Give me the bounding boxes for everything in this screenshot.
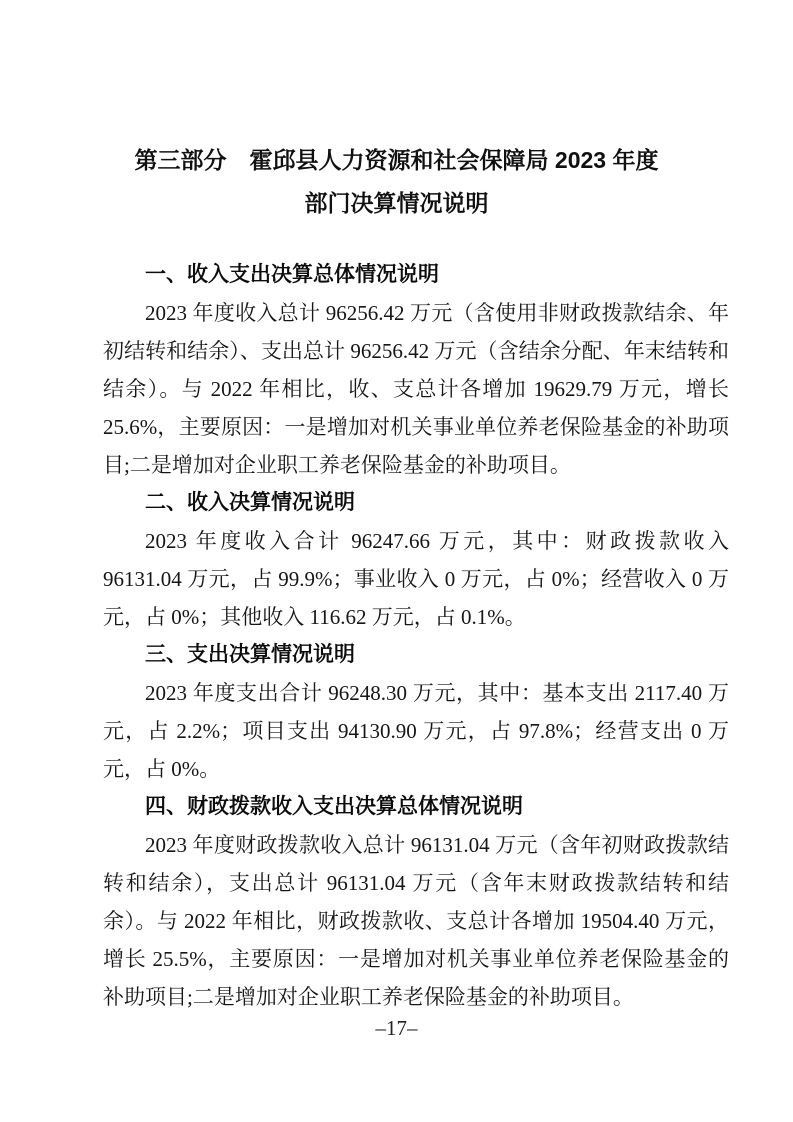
document-body: 一、收入支出决算总体情况说明 2023 年度收入总计 96256.42 万元（含… (103, 256, 729, 1016)
section-4-paragraph: 2023 年度财政拨款收入总计 96131.04 万元（含年初财政拨款结转和结余… (103, 826, 729, 1016)
section-1-heading: 一、收入支出决算总体情况说明 (103, 256, 729, 294)
section-3-heading: 三、支出决算情况说明 (103, 636, 729, 674)
section-4-heading: 四、财政拨款收入支出决算总体情况说明 (103, 788, 729, 826)
document-title: 第三部分 霍邱县人力资源和社会保障局 2023 年度 部门决算情况说明 (0, 0, 793, 225)
section-1-paragraph: 2023 年度收入总计 96256.42 万元（含使用非财政拨款结余、年初结转和… (103, 294, 729, 484)
section-2-heading: 二、收入决算情况说明 (103, 484, 729, 522)
document-page: 第三部分 霍邱县人力资源和社会保障局 2023 年度 部门决算情况说明 一、收入… (0, 0, 793, 1122)
document-title-line2: 部门决算情况说明 (0, 182, 793, 225)
document-title-line1: 第三部分 霍邱县人力资源和社会保障局 2023 年度 (0, 139, 793, 182)
page-number: –17– (0, 1013, 793, 1043)
section-2-paragraph: 2023 年度收入合计 96247.66 万元，其中：财政拨款收入 96131.… (103, 522, 729, 636)
section-3-paragraph: 2023 年度支出合计 96248.30 万元，其中：基本支出 2117.40 … (103, 674, 729, 788)
